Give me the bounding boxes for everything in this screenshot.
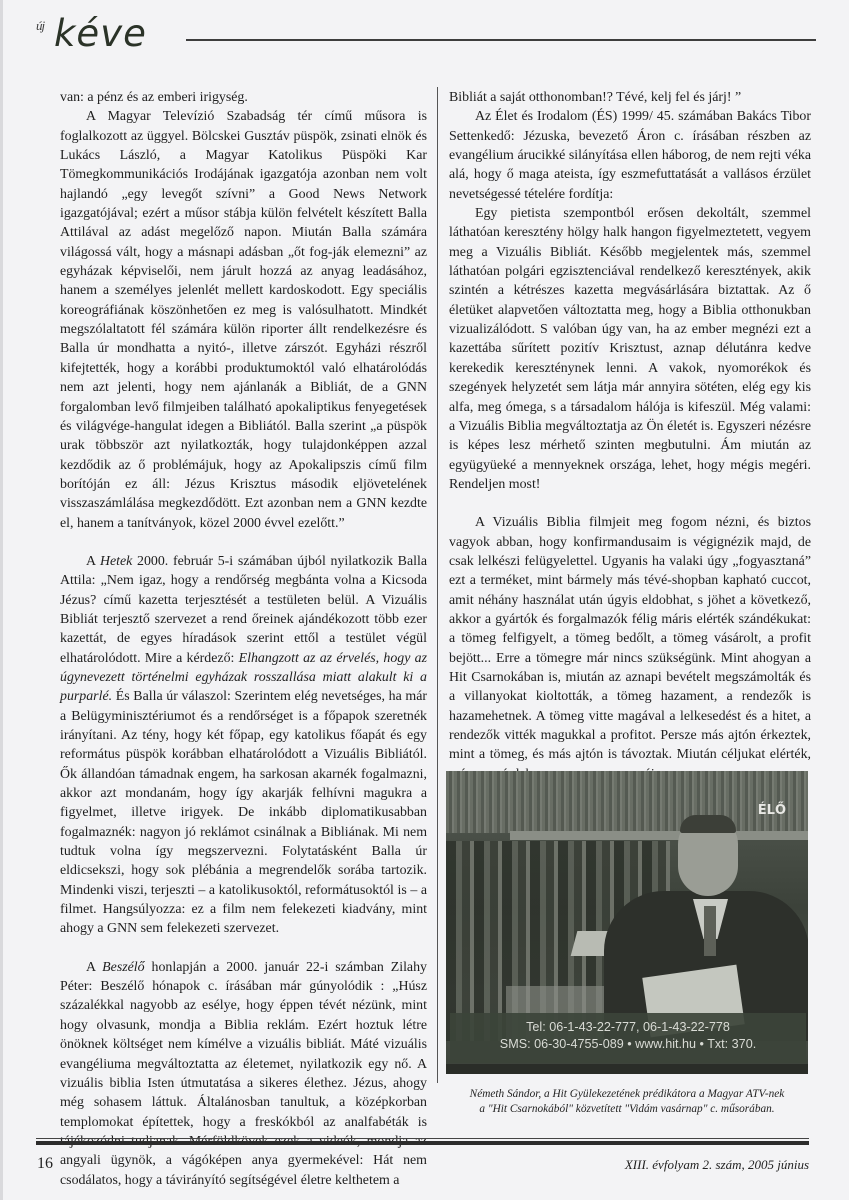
tv-ticker: Tel: 06-1-43-22-777, 06-1-43-22-778 SMS:… (450, 1013, 806, 1063)
text: És Balla úr válaszol: Szerintem elég nev… (60, 689, 427, 936)
text: honlapján a 2000. január 22-i számban Zi… (60, 960, 427, 1188)
ticker-bottom-bar (446, 1064, 808, 1074)
paragraph: Az Élet és Irodalom (ÉS) 1999/ 45. számá… (449, 107, 811, 204)
page-number: 16 (37, 1155, 53, 1173)
photo-tie (704, 906, 716, 956)
paragraph-hetek: A Hetek 2000. február 5-i számában újból… (60, 552, 427, 939)
photo-caption: Németh Sándor, a Hit Gyülekezetének préd… (446, 1087, 808, 1117)
live-badge: ÉLŐ (758, 803, 786, 818)
footer-rule-thick (36, 1141, 809, 1145)
paragraph: A Magyar Televízió Szabadság tér című mű… (60, 107, 427, 533)
paragraph: van: a pénz és az emberi irigység. (60, 88, 427, 107)
photo-rail (510, 831, 808, 840)
magazine-logo: kéve (54, 14, 147, 54)
column-divider (437, 87, 438, 1083)
footer-rule (36, 1138, 809, 1139)
right-column: Bibliát a saját otthonomban!? Tévé, kelj… (449, 88, 811, 803)
source-title: Beszélő (102, 960, 144, 975)
page-edge (0, 0, 3, 1200)
news-photo: ÉLŐ Tel: 06-1-43-22-777, 06-1-43-22-778 … (446, 771, 808, 1074)
logo-prefix: új (36, 18, 44, 34)
source-title: Hetek (100, 554, 132, 569)
text: 2000. február 5-i számában újból nyilatk… (60, 554, 427, 666)
masthead: új kéve (36, 12, 816, 52)
paragraph: A Vizuális Biblia filmjeit meg fogom néz… (449, 513, 811, 784)
photo-balcony-crowd (446, 771, 808, 833)
paragraph-beszelo: A Beszélő honlapján a 2000. január 22-i … (60, 958, 427, 1190)
header-rule (186, 39, 816, 41)
ticker-sms: SMS: 06-30-4755-089 • www.hit.hu • Txt: … (450, 1036, 806, 1053)
quoted-paragraph: Egy pietista szempontból erősen dekoltál… (449, 204, 811, 494)
caption-line: a "Hit Csarnokából" közvetített "Vidám v… (446, 1102, 808, 1117)
text: A (86, 554, 100, 569)
issue-info: XIII. évfolyam 2. szám, 2005 június (625, 1157, 809, 1173)
left-column: van: a pénz és az emberi irigység. A Mag… (60, 88, 427, 1190)
text: A (86, 960, 102, 975)
ticker-phone: Tel: 06-1-43-22-777, 06-1-43-22-778 (450, 1019, 806, 1036)
photo-preacher-hair (680, 815, 736, 833)
caption-line: Németh Sándor, a Hit Gyülekezetének préd… (446, 1087, 808, 1102)
paragraph: Bibliát a saját otthonomban!? Tévé, kelj… (449, 88, 811, 107)
